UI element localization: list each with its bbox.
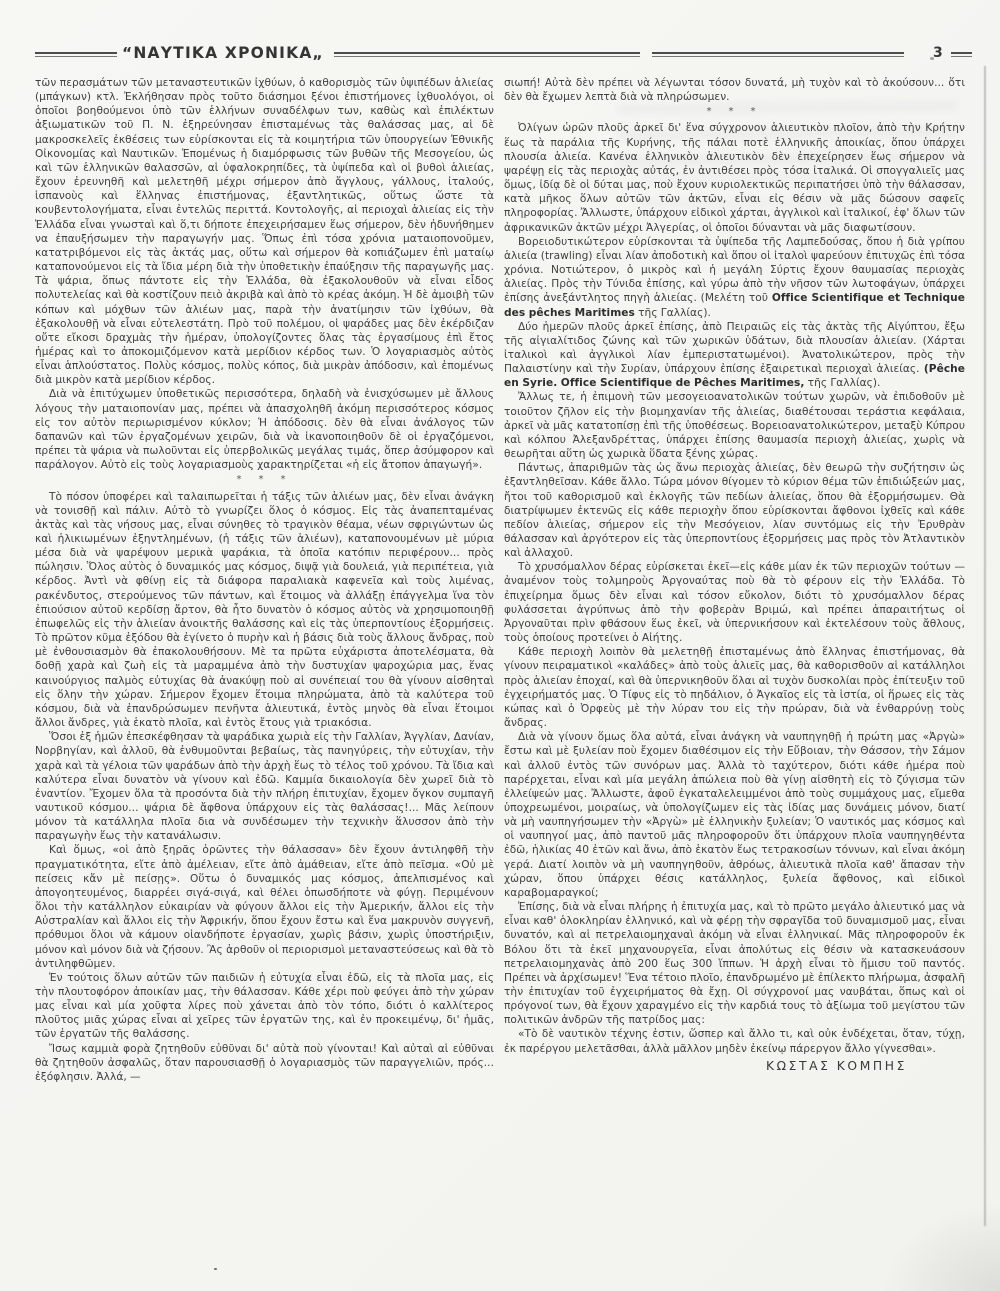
paragraph: Ὀλίγων ὡρῶν πλοῦς ἀρκεῖ δι' ἕνα σύγχρονο… [504,121,965,234]
masthead-title: “ΝΑΥΤΙΚΑ ΧΡΟΝΙΚΑ„ [122,44,324,62]
page-header: “ΝΑΥΤΙΚΑ ΧΡΟΝΙΚΑ„ 3 [0,44,1000,66]
paragraph: σιωπή! Αὐτὰ δὲν πρέπει νὰ λέγωνται τόσον… [504,76,965,104]
paragraph: τῶν περασμάτων τῶν μεταναστευτικῶν ἰχθύω… [35,76,494,387]
paragraph: Ἐν τούτοις ὅλων αὐτῶν τῶν παιδιῶν ἡ εὐτυ… [35,971,494,1042]
paragraph: Διὰ νὰ ἐπιτύχωμεν ὑποθετικῶς περισσότερα… [35,387,494,472]
paragraph: «Τὸ δὲ ναυτικὸν τέχνης ἐστιν, ὥσπερ καὶ … [504,1027,965,1055]
paragraph: Βορειοδυτικώτερον εὑρίσκονται τὰ ὑψίπεδα… [504,235,965,320]
section-separator: * * * [35,473,494,487]
page-number: 3 [933,45,943,61]
paragraph: Καὶ ὅμως, «οἱ ἀπὸ ξηρᾶς ὁρῶντες τὴν θάλα… [35,843,494,970]
paragraph: Διὰ νὰ γίνουν ὅμως ὅλα αὐτά, εἶναι ἀνάγκ… [504,730,965,900]
paragraph-text: τῆς Γαλλίας). [804,377,880,389]
header-rule-right [951,51,972,58]
scan-speck [214,1268,217,1270]
right-text-column: σιωπή! Αὐτὰ δὲν πρέπει νὰ λέγωνται τόσον… [504,76,965,1266]
paragraph: Πάντως, ἀπαριθμῶν τὰς ὡς ἄνω περιοχὰς ἁλ… [504,461,965,560]
paragraph: Ἴσως καμμιὰ φορὰ ζητηθοῦν εὐθῦναι δι' αὐ… [35,1042,494,1084]
paragraph: Ἐπίσης, διὰ νὰ εἶναι πλήρης ἡ ἐπιτυχία μ… [504,900,965,1027]
header-rule-middle-2 [652,51,904,58]
scan-edge-shadow [984,66,986,1226]
header-rule-middle-1 [334,51,640,58]
paragraph-text: τῆς Γαλλίας). [635,307,711,319]
paragraph: Τὸ χρυσόμαλλον δέρας εὑρίσκεται ἐκεῖ—εἰς… [504,560,965,645]
paragraph-text: Δύο ἡμερῶν πλοῦς ἀρκεῖ ἐπίσης, ἀπὸ Πειρα… [504,321,965,375]
paragraph: Δύο ἡμερῶν πλοῦς ἀρκεῖ ἐπίσης, ἀπὸ Πειρα… [504,320,965,391]
scan-speck [930,57,934,60]
paragraph: Τὸ πόσον ὑποφέρει καὶ ταλαιπωρεῖται ἡ τά… [35,490,494,731]
scanned-newspaper-page: “ΝΑΥΤΙΚΑ ΧΡΟΝΙΚΑ„ 3 τῶν περασμάτων τῶν μ… [0,0,1000,1291]
left-text-column: τῶν περασμάτων τῶν μεταναστευτικῶν ἰχθύω… [35,76,494,1266]
section-separator: * * * [504,105,965,119]
paragraph: Κάθε περιοχὴ λοιπὸν θὰ μελετηθῇ ἐπισταμέ… [504,645,965,730]
paragraph: Ἄλλως τε, ἡ ἐπιμονὴ τῶν μεσογειοανατολικ… [504,390,965,461]
scan-corner-shade [880,1201,1000,1291]
header-rule-left [35,51,117,58]
paragraph: Ὅσοι ἐξ ἡμῶν ἐπεσκέφθησαν τὰ ψαράδικα χω… [35,730,494,843]
author-signature: ΚΩΣΤΑΣ ΚΟΜΠΗΣ [504,1059,965,1073]
